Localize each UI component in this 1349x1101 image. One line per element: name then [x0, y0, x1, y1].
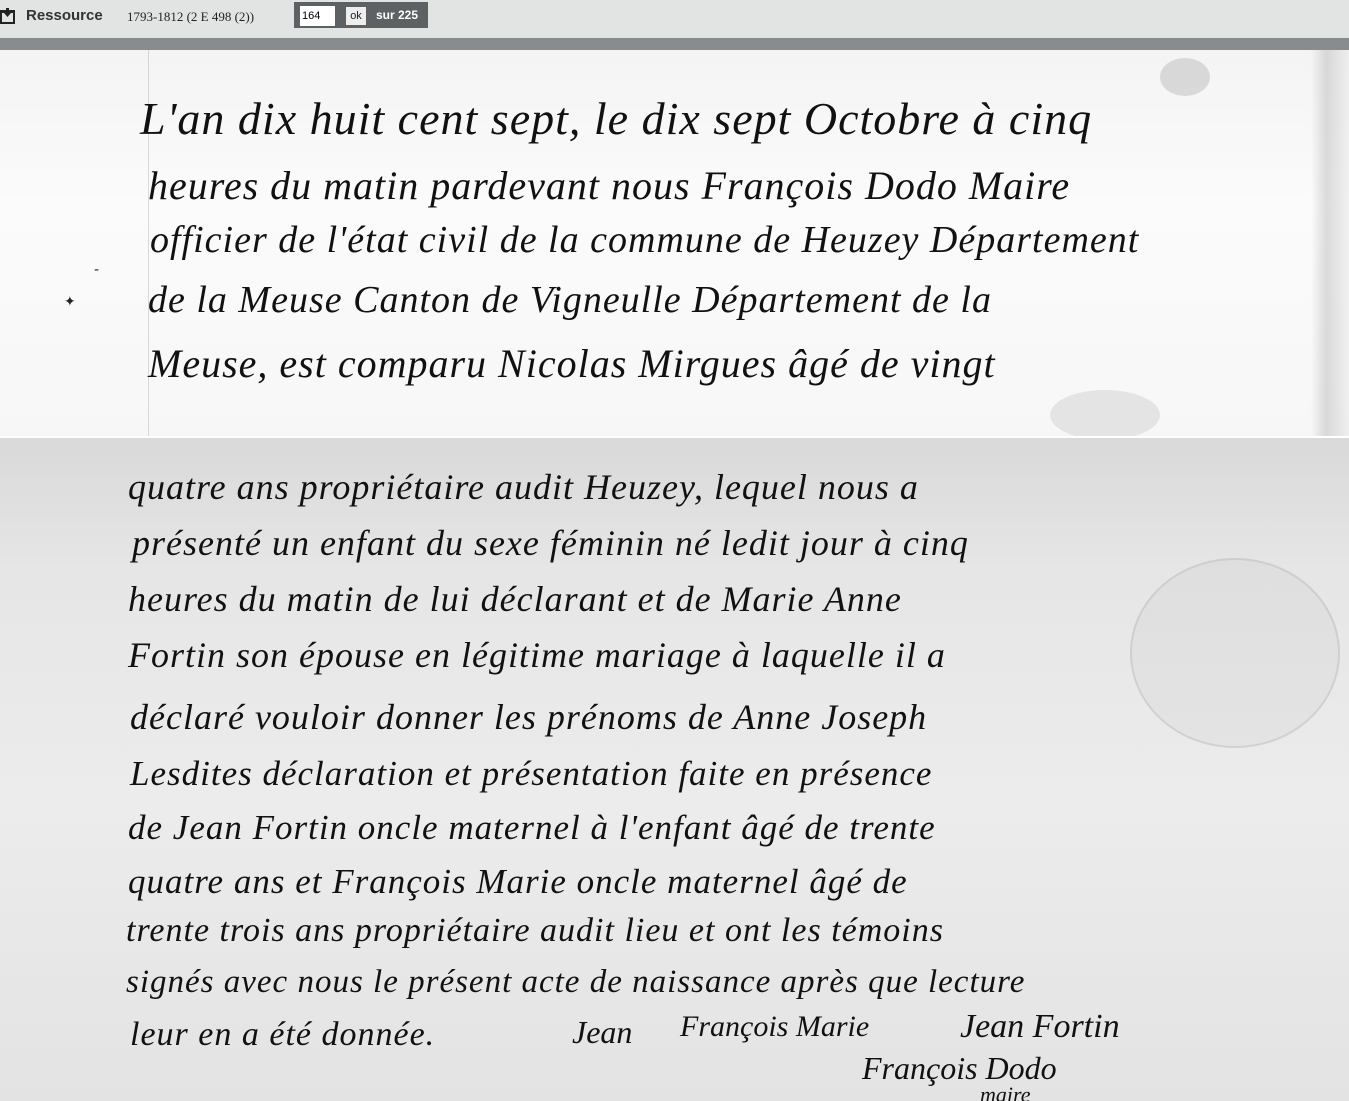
viewer-toolbar: Ressource 1793-1812 (2 E 498 (2)) ok sur…: [0, 0, 1349, 38]
page-total: sur 225: [376, 8, 418, 22]
go-to-page-button[interactable]: ok: [346, 7, 366, 25]
margin-mark: ✦: [64, 294, 76, 310]
document-scan-tile-top[interactable]: - ✦ L'an dix huit cent sept, le dix sept…: [0, 50, 1349, 436]
ink-blot: [1160, 58, 1210, 96]
archive-box-icon: [0, 7, 16, 24]
text-line: présenté un enfant du sexe féminin né le…: [132, 522, 969, 564]
margin-dash: -: [94, 262, 99, 278]
document-scan-tile-bottom[interactable]: quatre ans propriétaire audit Heuzey, le…: [0, 438, 1349, 1101]
text-line: signés avec nous le présent acte de nais…: [126, 964, 1025, 1001]
signature: Jean Fortin: [960, 1008, 1120, 1046]
page-edge: [1311, 50, 1349, 436]
text-line: trente trois ans propriétaire audit lieu…: [126, 912, 944, 950]
text-line: quatre ans et François Marie oncle mater…: [128, 862, 908, 902]
text-line: de la Meuse Canton de Vigneulle Départem…: [148, 278, 992, 322]
text-line: heures du matin de lui déclarant et de M…: [128, 578, 902, 620]
text-line: Meuse, est comparu Nicolas Mirgues âgé d…: [148, 340, 996, 387]
text-line: officier de l'état civil de la commune d…: [150, 218, 1139, 262]
resource-label: Ressource: [26, 7, 103, 24]
text-line: déclaré vouloir donner les prénoms de An…: [130, 696, 927, 738]
text-line: leur en a été donnée.: [130, 1016, 435, 1054]
signature: Jean: [572, 1014, 632, 1051]
text-line: de Jean Fortin oncle maternel à l'enfant…: [128, 808, 936, 848]
signature: maire: [980, 1082, 1031, 1101]
signature: François Marie: [680, 1010, 869, 1044]
faded-seal-stamp: [1130, 558, 1340, 748]
text-line: quatre ans propriétaire audit Heuzey, le…: [128, 466, 919, 508]
resource-range: 1793-1812 (2 E 498 (2)): [127, 9, 254, 25]
toolbar-separator: [0, 38, 1349, 50]
page-number-input[interactable]: [300, 6, 335, 26]
text-line: L'an dix huit cent sept, le dix sept Oct…: [140, 92, 1092, 145]
text-line: Lesdites déclaration et présentation fai…: [130, 754, 932, 794]
text-line: heures du matin pardevant nous François …: [148, 162, 1070, 209]
page-navigator: ok sur 225: [294, 2, 428, 28]
paper-stain: [1050, 390, 1160, 436]
text-line: Fortin son épouse en légitime mariage à …: [128, 634, 946, 676]
